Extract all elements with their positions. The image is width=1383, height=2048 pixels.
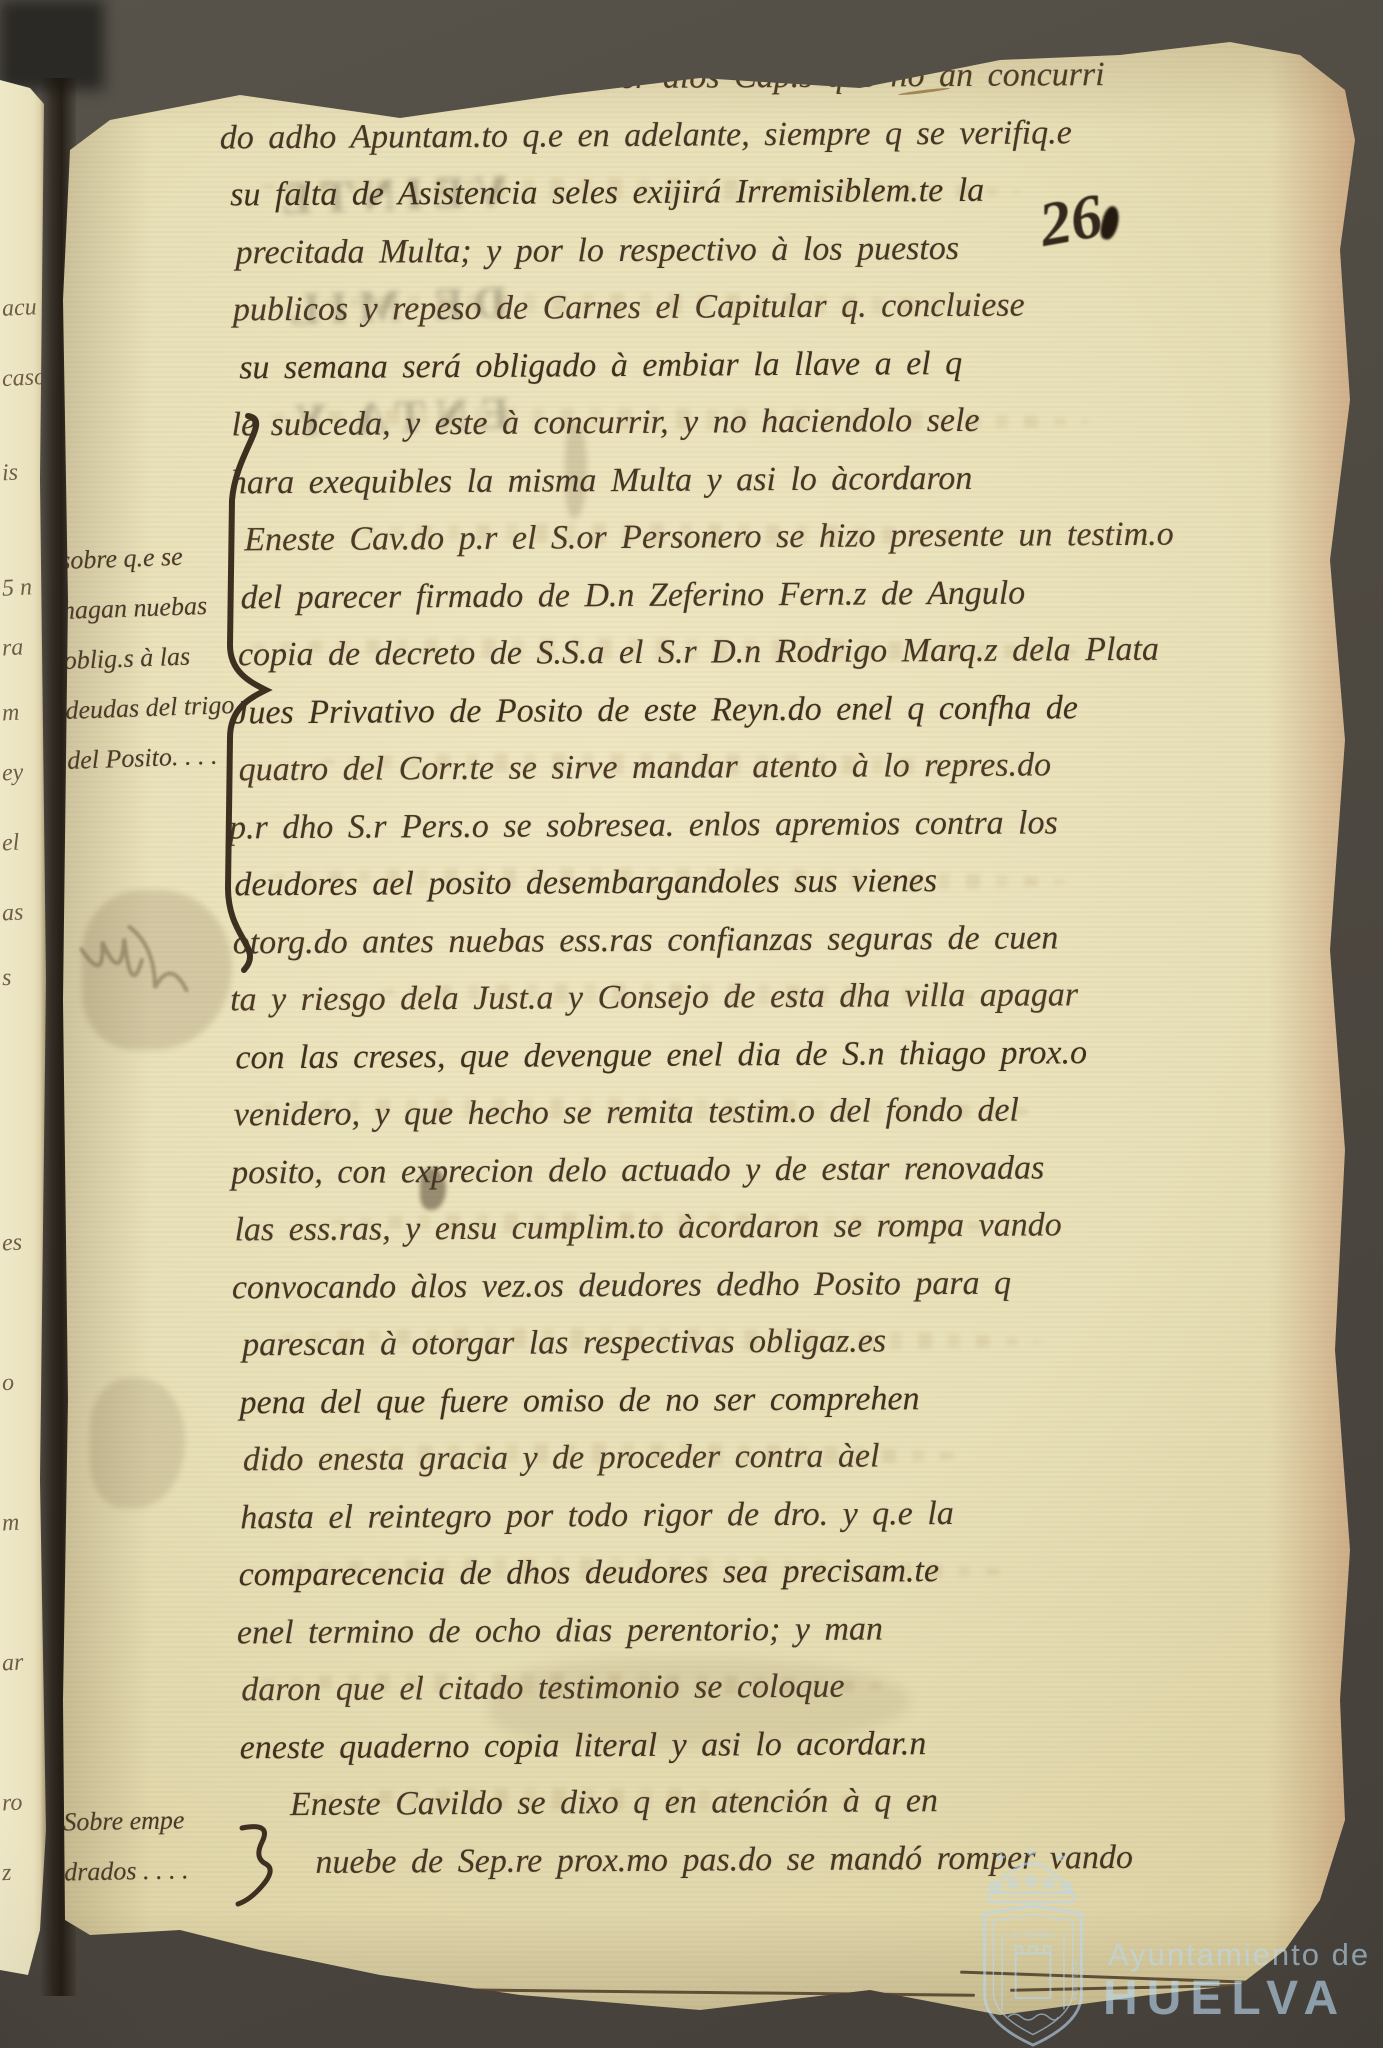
crown-icon [981, 1849, 1081, 1905]
manuscript-line: Jues Privativo de Posito de este Reyn.do… [233, 687, 1358, 751]
manuscript-line: hasta el reintegro por todo rigor de dro… [240, 1492, 1363, 1556]
small-grouping-brace [232, 1820, 278, 1910]
manuscript-line: convocando àlos vez.os deudores dedho Po… [232, 1262, 1362, 1326]
archive-watermark: ET TERRE CUSTODIA Ayuntamiento de HUELVA [975, 1845, 1383, 2045]
manuscript-line: publicos y repeso de Carnes el Capitular… [233, 285, 1356, 349]
manuscript-line: pena del que fuere omiso de no ser compr… [239, 1377, 1362, 1441]
manuscript-line: comparecencia de dhos deudores sea preci… [239, 1550, 1364, 1614]
margin-note-line: Sobre empe [63, 1805, 234, 1858]
manuscript-text: à cuio fin se haga saver àlos Cap.s que … [219, 55, 1365, 1902]
shield-icon: ET TERRE CUSTODIA [977, 1903, 1089, 2048]
manuscript-line: copia de decreto de S.S.a el S.r D.n Rod… [238, 630, 1358, 694]
manuscript-line: do adho Apuntam.to q.e en adelante, siem… [220, 112, 1355, 176]
previous-page-text-fragment: acu [1, 294, 37, 323]
manuscript-line: eneste quaderno copia literal y asi lo a… [240, 1722, 1365, 1786]
previous-page-text-fragment: ar [1, 1649, 24, 1677]
previous-page-text-fragment: 5 n [1, 574, 32, 603]
manuscript-line: hara exequibles la misma Multa y asi lo … [230, 457, 1357, 521]
previous-page-text-fragment: ey [1, 759, 24, 787]
margin-note-line: drados . . . . [64, 1855, 235, 1908]
manuscript-line: parescan à otorgar las respectivas oblig… [242, 1320, 1362, 1384]
manuscript-line: enel termino de ocho dias perentorio; y … [237, 1607, 1364, 1671]
manuscript-line: precitada Multa; y por lo respectivo à l… [235, 227, 1355, 291]
manuscript-line: deudores ael posito desembargandoles sus… [234, 860, 1359, 924]
previous-page-text-fragment: o [1, 1370, 14, 1398]
watermark-owner-text: Ayuntamiento de [1108, 1937, 1370, 1973]
shield-motto-side: CUSTODIA [1071, 1961, 1080, 2002]
manuscript-line: con las creses, que devengue enel dia de… [235, 1032, 1360, 1096]
manuscript-line: ta y riesgo dela Just.a y Consejo de est… [230, 975, 1360, 1039]
manuscript-line: le subceda, y este à concurrir, y no hac… [231, 400, 1356, 464]
watermark-city-text: HUELVA [1103, 1971, 1347, 2026]
previous-page-text-fragment: ra [1, 634, 24, 662]
manuscript-line: quatro del Corr.te se sirve mandar atent… [239, 745, 1359, 809]
manuscript-line: posito, con exprecion delo actuado y de … [231, 1147, 1361, 1211]
manuscript-line: Eneste Cav.do p.r el S.or Personero se h… [244, 515, 1357, 579]
manuscript-line: venidero, y que hecho se remita testim.o… [234, 1090, 1361, 1154]
manuscript-line: otorg.do antes nuebas ess.ras confianzas… [233, 917, 1360, 981]
backdrop-corner-shadow [0, 0, 104, 90]
shield-motto-top: ET TERRE [1012, 1930, 1055, 1940]
previous-page-text-fragment: as [1, 899, 24, 927]
manuscript-line: dido enesta gracia y de proceder contra … [243, 1435, 1363, 1499]
grouping-brace [202, 410, 282, 990]
previous-page-text-fragment: s [1, 965, 12, 992]
previous-page-text-fragment: es [1, 1229, 22, 1257]
previous-page-text-fragment: z [1, 1860, 12, 1887]
closing-rule [255, 1986, 975, 1997]
manuscript-line: del parecer firmado de D.n Zeferino Fern… [241, 572, 1358, 636]
manuscript-line: su falta de Asistencia seles exijirá Irr… [230, 170, 1355, 234]
manuscript-line: Eneste Cavildo se dixo q en atención à q… [290, 1780, 1365, 1844]
previous-page-text-fragment: is [1, 460, 18, 488]
previous-page-text-fragment: ro [1, 1789, 23, 1817]
previous-page-text-fragment: el [1, 830, 20, 858]
manuscript-line: daron que el citado testimonio se coloqu… [241, 1665, 1364, 1729]
previous-page-text-fragment: m [1, 700, 20, 728]
previous-page-text-fragment: m [1, 1510, 20, 1538]
manuscript-line: las ess.ras, y ensu cumplim.to àcordaron… [234, 1205, 1361, 1269]
margin-note-paving: Sobre empedrados . . . . [63, 1805, 235, 1908]
manuscript-line: p.r dho S.r Pers.o se sobresea. enlos ap… [229, 802, 1359, 866]
manuscript-line: su semana será obligado à embiar la llav… [239, 342, 1356, 406]
manuscript-page: VEINTE DE MIL ENTA Y 30 26 à cuio fin se… [60, 28, 1360, 2028]
manuscript-line: à cuio fin se haga saver àlos Cap.s que … [294, 55, 1354, 119]
paper-stain [90, 1378, 185, 1508]
photographed-manuscript: acucasois5 nrameyelassesomarroz VEINTE D… [0, 0, 1383, 2048]
